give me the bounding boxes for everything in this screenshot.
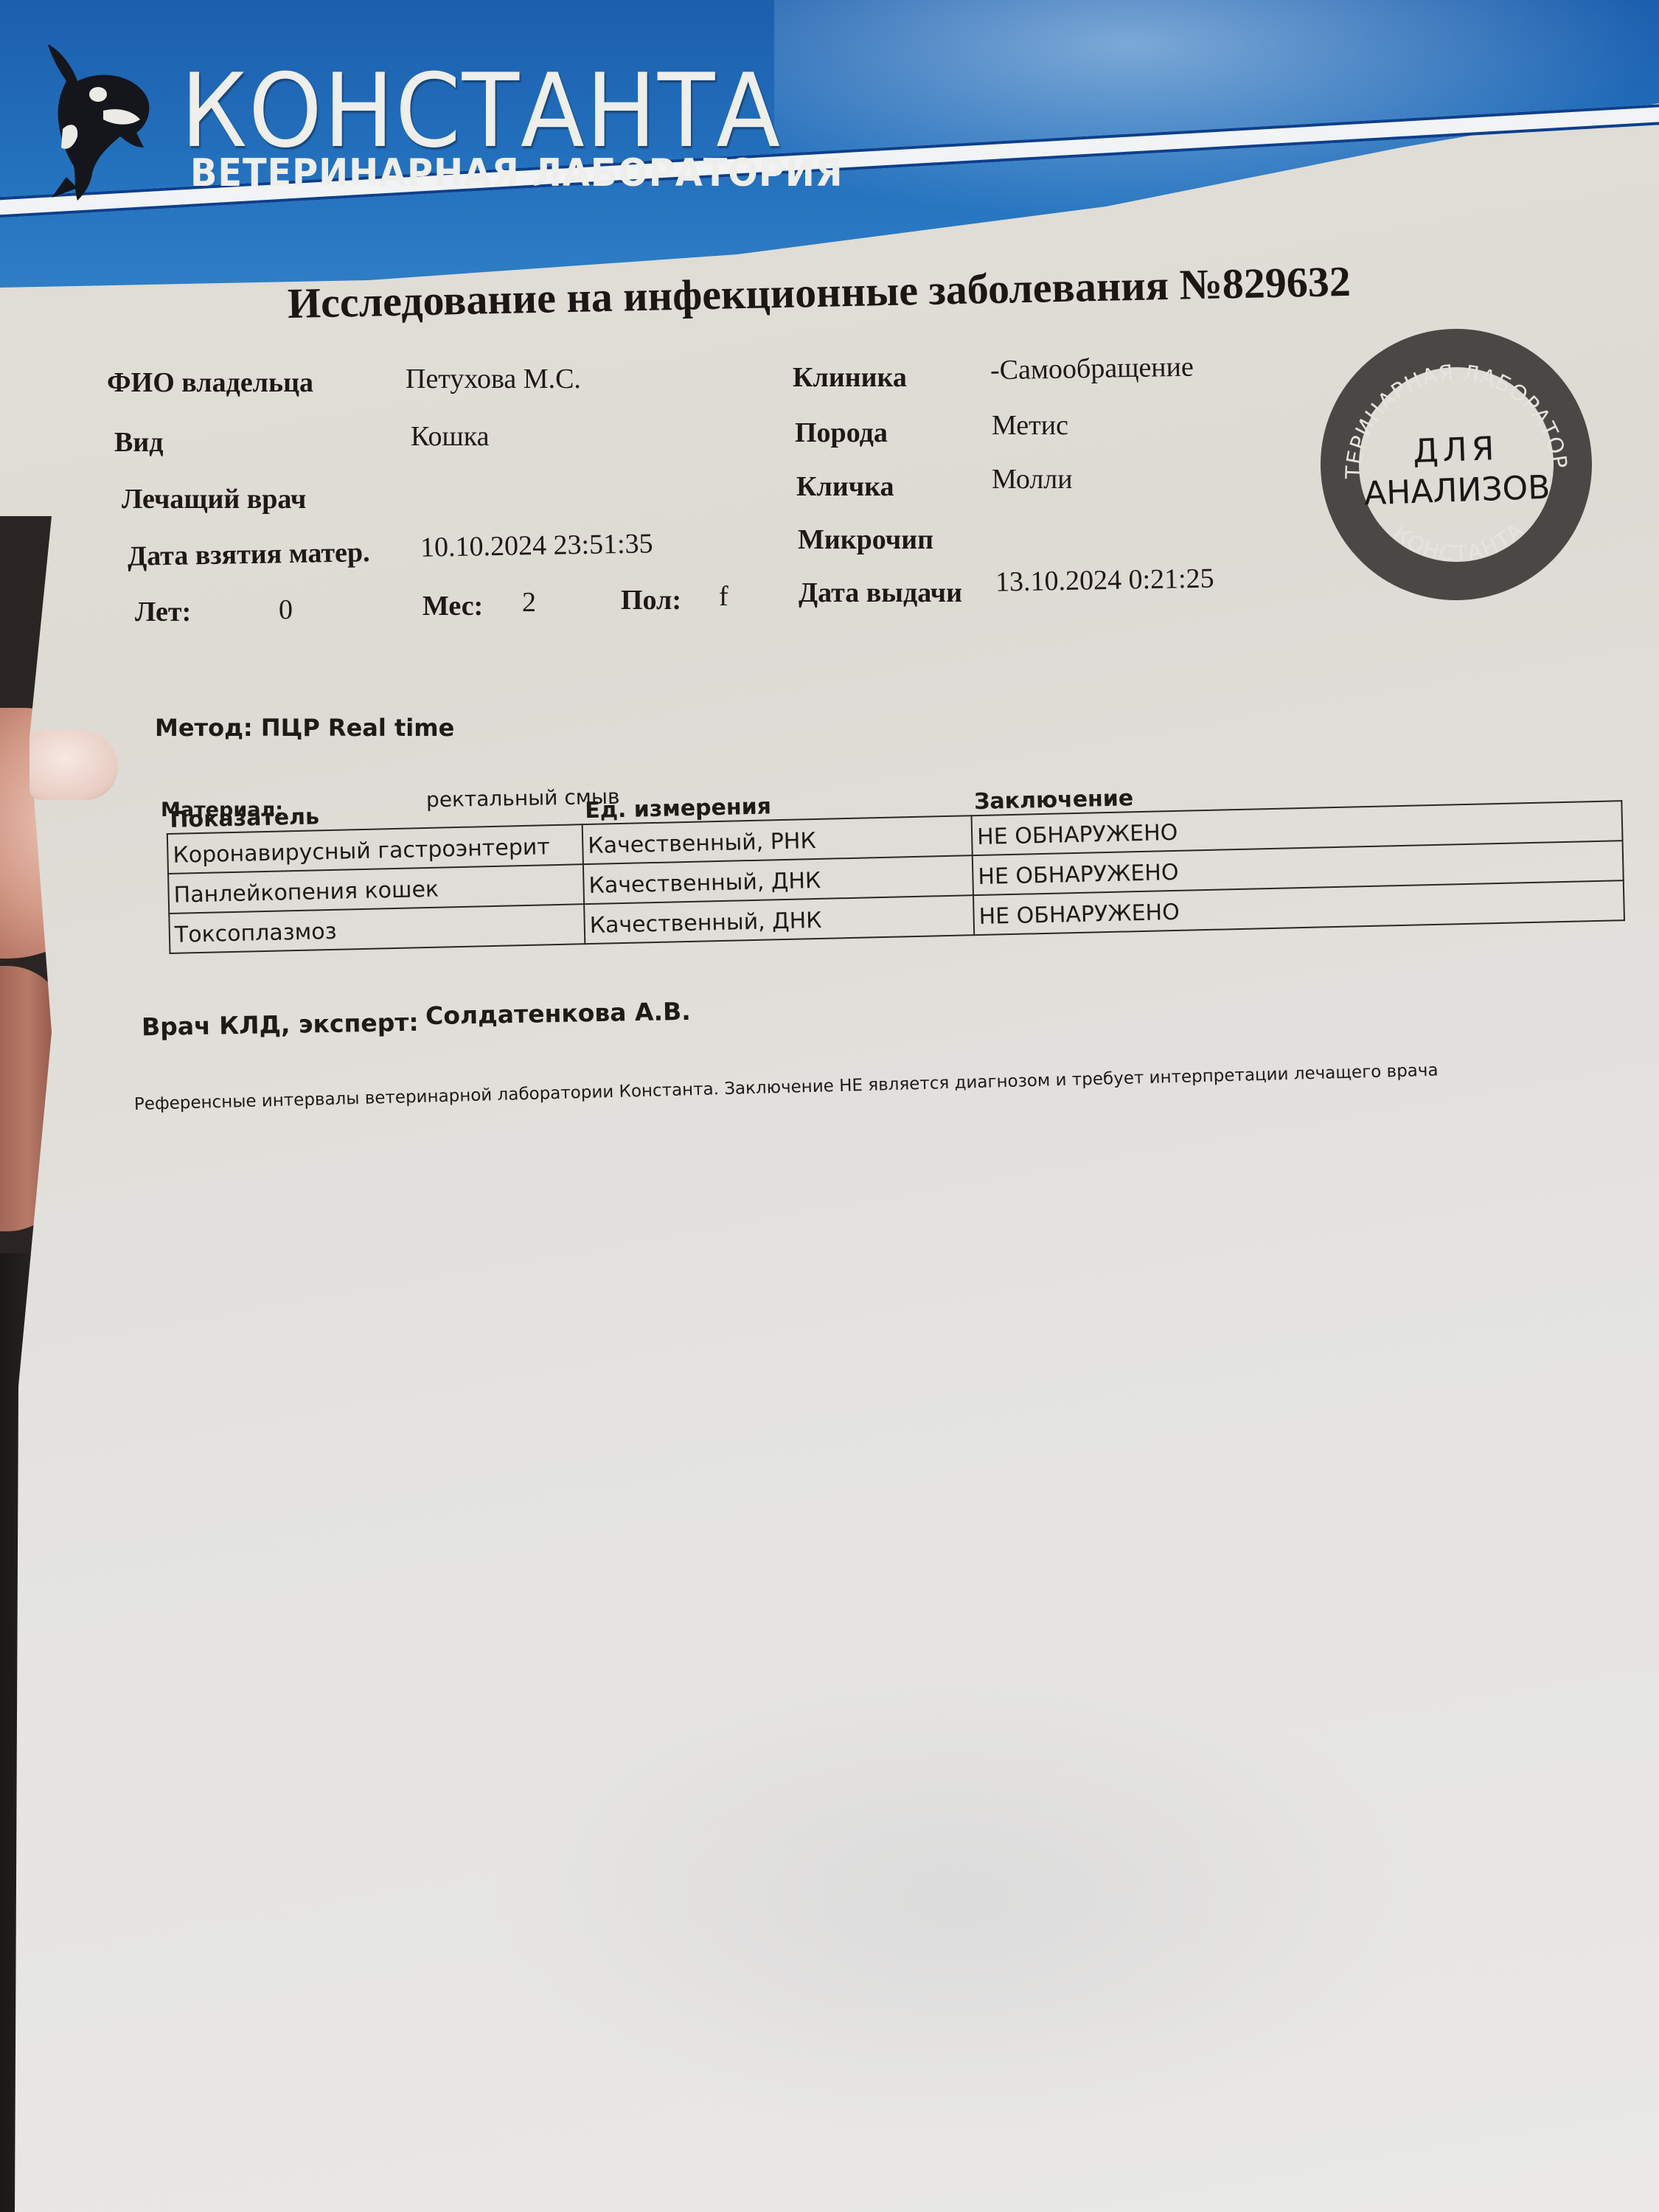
- clinic-label: Клиника: [793, 361, 907, 394]
- age-months-label: Мес:: [422, 590, 483, 622]
- pet-name-label: Кличка: [796, 470, 894, 503]
- stamp-center-line1: ДЛЯ: [1412, 430, 1499, 470]
- owner-label: ФИО владельца: [107, 366, 313, 399]
- age-months-value: 2: [522, 586, 536, 619]
- sample-date-label: Дата взятия матер.: [128, 536, 370, 573]
- issue-date-label: Дата выдачи: [799, 577, 962, 609]
- clinic-value: -Самообращение: [990, 351, 1194, 387]
- indicator-cell: Токсоплазмоз: [169, 904, 585, 953]
- lab-report-sheet: КОНСТАНТА ВЕТЕРИНАРНАЯ ЛАБОРАТОРИЯ Иссле…: [0, 0, 1659, 2212]
- attending-vet-label: Лечащий врач: [122, 483, 306, 515]
- breed-value: Метис: [992, 409, 1068, 442]
- disclaimer-footnote: Референсные интервалы ветеринарной лабор…: [134, 1061, 1439, 1114]
- sex-value: f: [719, 580, 728, 613]
- microchip-label: Микрочип: [798, 524, 933, 556]
- species-value: Кошка: [411, 420, 489, 453]
- stamp-center-line2: АНАЛИЗОВ: [1363, 469, 1551, 513]
- unit-cell: Качественный, ДНК: [584, 895, 974, 944]
- brand-subtitle: ВЕТЕРИНАРНАЯ ЛАБОРАТОРИЯ: [190, 151, 844, 195]
- fingernail: [29, 730, 118, 800]
- age-years-label: Лет:: [135, 596, 191, 628]
- lab-stamp: ВЕТЕРИНАРНАЯ ЛАБОРАТОРИЯ КОНСТАНТА ДЛЯ А…: [1315, 324, 1598, 606]
- results-table: Показатель Ед. измерения Заключение Коро…: [166, 774, 1625, 954]
- orca-icon: [33, 37, 166, 206]
- owner-value: Петухова М.С.: [406, 363, 581, 395]
- sample-date-value: 10.10.2024 23:51:35: [420, 527, 653, 564]
- light-reflection: [479, 1659, 1438, 2138]
- sex-label: Пол:: [621, 584, 681, 616]
- signature-label: Врач КЛД, эксперт:: [142, 1008, 419, 1042]
- method-label: Метод: ПЦР Real time: [155, 714, 454, 742]
- signature-name: Солдатенкова А.В.: [425, 997, 691, 1030]
- species-label: Вид: [114, 426, 163, 459]
- age-years-value: 0: [279, 594, 293, 626]
- pet-name-value: Молли: [992, 463, 1073, 495]
- issue-date-value: 13.10.2024 0:21:25: [995, 562, 1214, 598]
- breed-label: Порода: [795, 417, 888, 449]
